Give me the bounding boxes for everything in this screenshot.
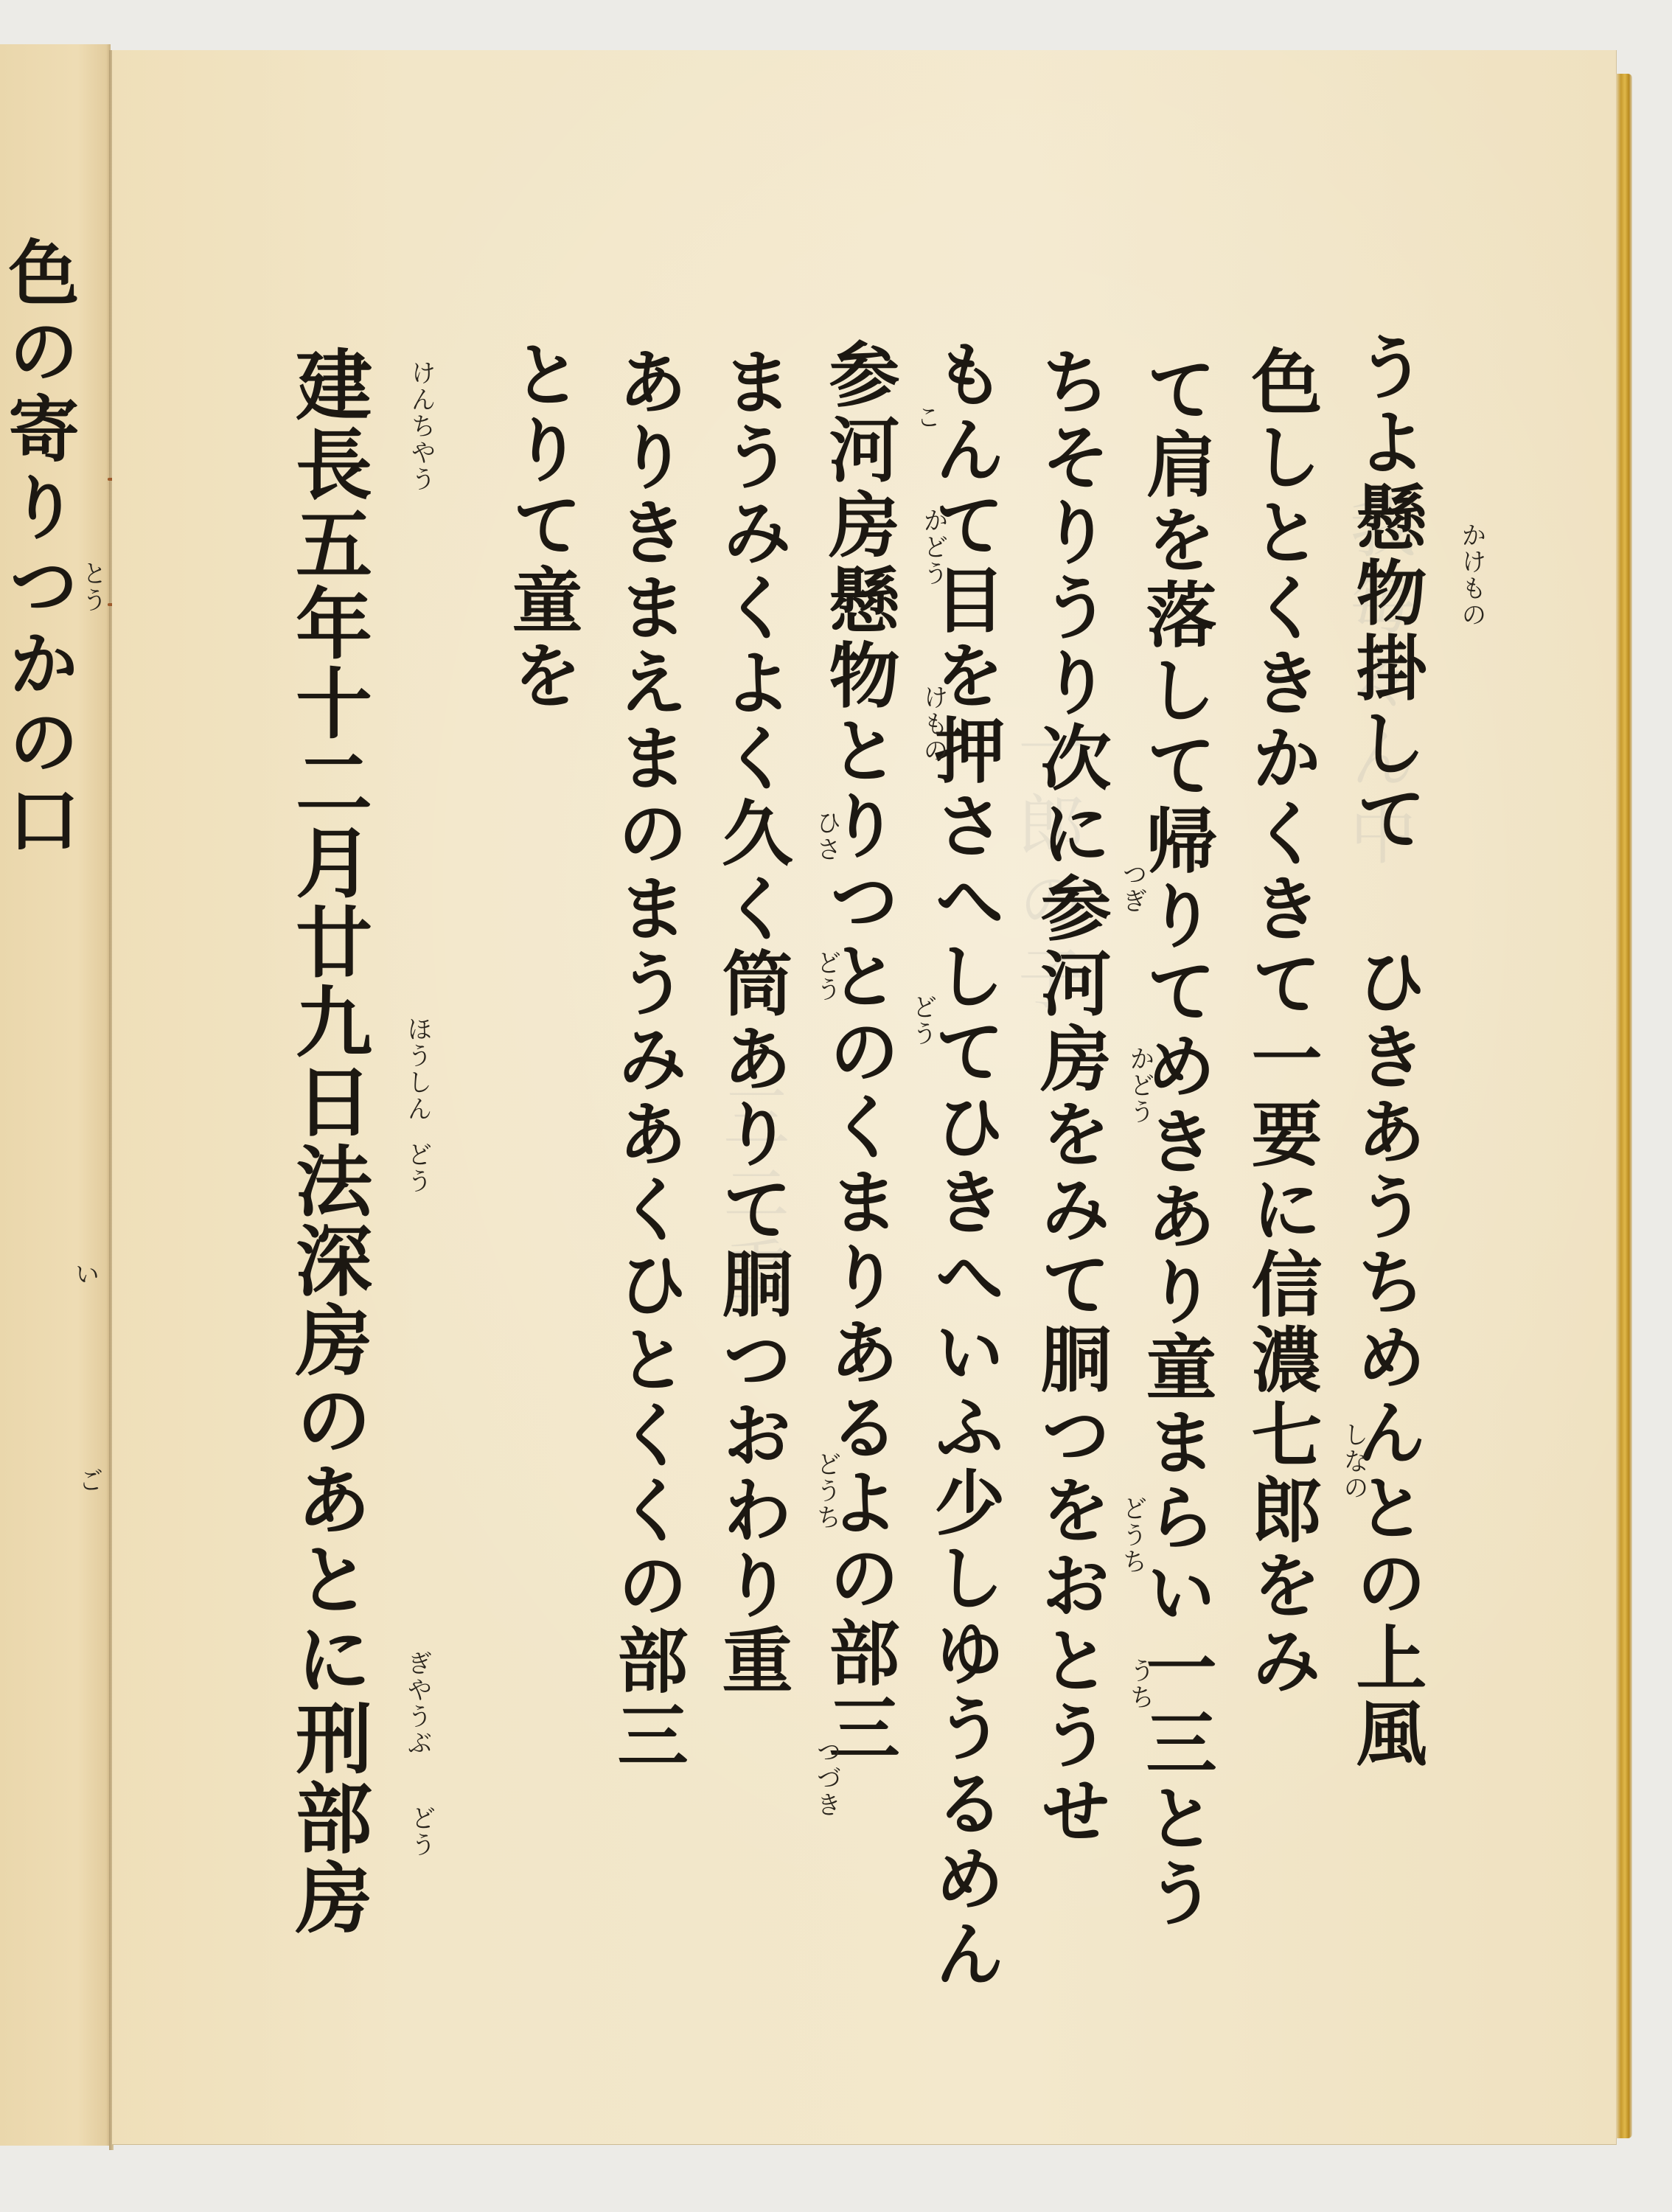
text-column-2: 色しとくきかくきて一要に信濃七郎をみ	[1246, 345, 1317, 1699]
furigana: けもの	[916, 684, 952, 764]
furigana: かどう	[1122, 1046, 1158, 1125]
text-column-4: ちそりうり次に参河房をみて胴つをおとうせ	[1035, 345, 1106, 1849]
previous-page: 色の寄りつかの口 とう い ご	[0, 44, 111, 2146]
text-column-7: まうみくよく久く筒ありて胴つおわり重	[717, 345, 787, 1699]
furigana: かどう	[916, 507, 952, 587]
furigana: こ	[908, 404, 944, 431]
furigana: ひさ	[809, 810, 845, 863]
text-column-8: ありきまえまのまうみあくひとくくの部三	[612, 345, 683, 1774]
text-column-6: 参河房懸物とりつとのくまりあるよの部三	[823, 338, 894, 1767]
furigana: どう	[905, 994, 941, 1047]
furigana: どうち	[1115, 1495, 1151, 1575]
furigana: しなの	[1336, 1422, 1372, 1501]
furigana: ぎやうぶ	[400, 1650, 436, 1756]
furigana: どう	[809, 950, 845, 1003]
furigana: とう	[74, 560, 111, 613]
furigana: つづき	[809, 1739, 845, 1818]
furigana: どうち	[809, 1451, 845, 1531]
furigana: つぎ	[1115, 861, 1151, 914]
text-column-1: うよ懸物掛して ひきあうちめんとの上風	[1351, 330, 1421, 1772]
furigana: うち	[1122, 1658, 1158, 1711]
text-column-9: とりて童を	[506, 338, 577, 714]
furigana: どう	[403, 1805, 439, 1858]
furigana: かけもの	[1454, 522, 1490, 628]
manuscript-page: 我毎々ん中 一郎の子 三二重 うよ懸物掛して ひきあうちめんとの上風 かけもの …	[112, 50, 1617, 2145]
furigana: い	[67, 1261, 103, 1287]
gilded-fore-edge	[1616, 74, 1632, 2138]
furigana: どう	[400, 1141, 436, 1194]
text-column-10-date-line: 建長五年十二月廿九日法深房のあとに刑部房	[289, 345, 366, 1938]
furigana: ご	[71, 1467, 107, 1494]
furigana: ほうしん	[400, 1016, 436, 1122]
furigana: けんちやう	[403, 360, 439, 493]
previous-page-text-column: 色の寄りつかの口	[3, 236, 74, 861]
